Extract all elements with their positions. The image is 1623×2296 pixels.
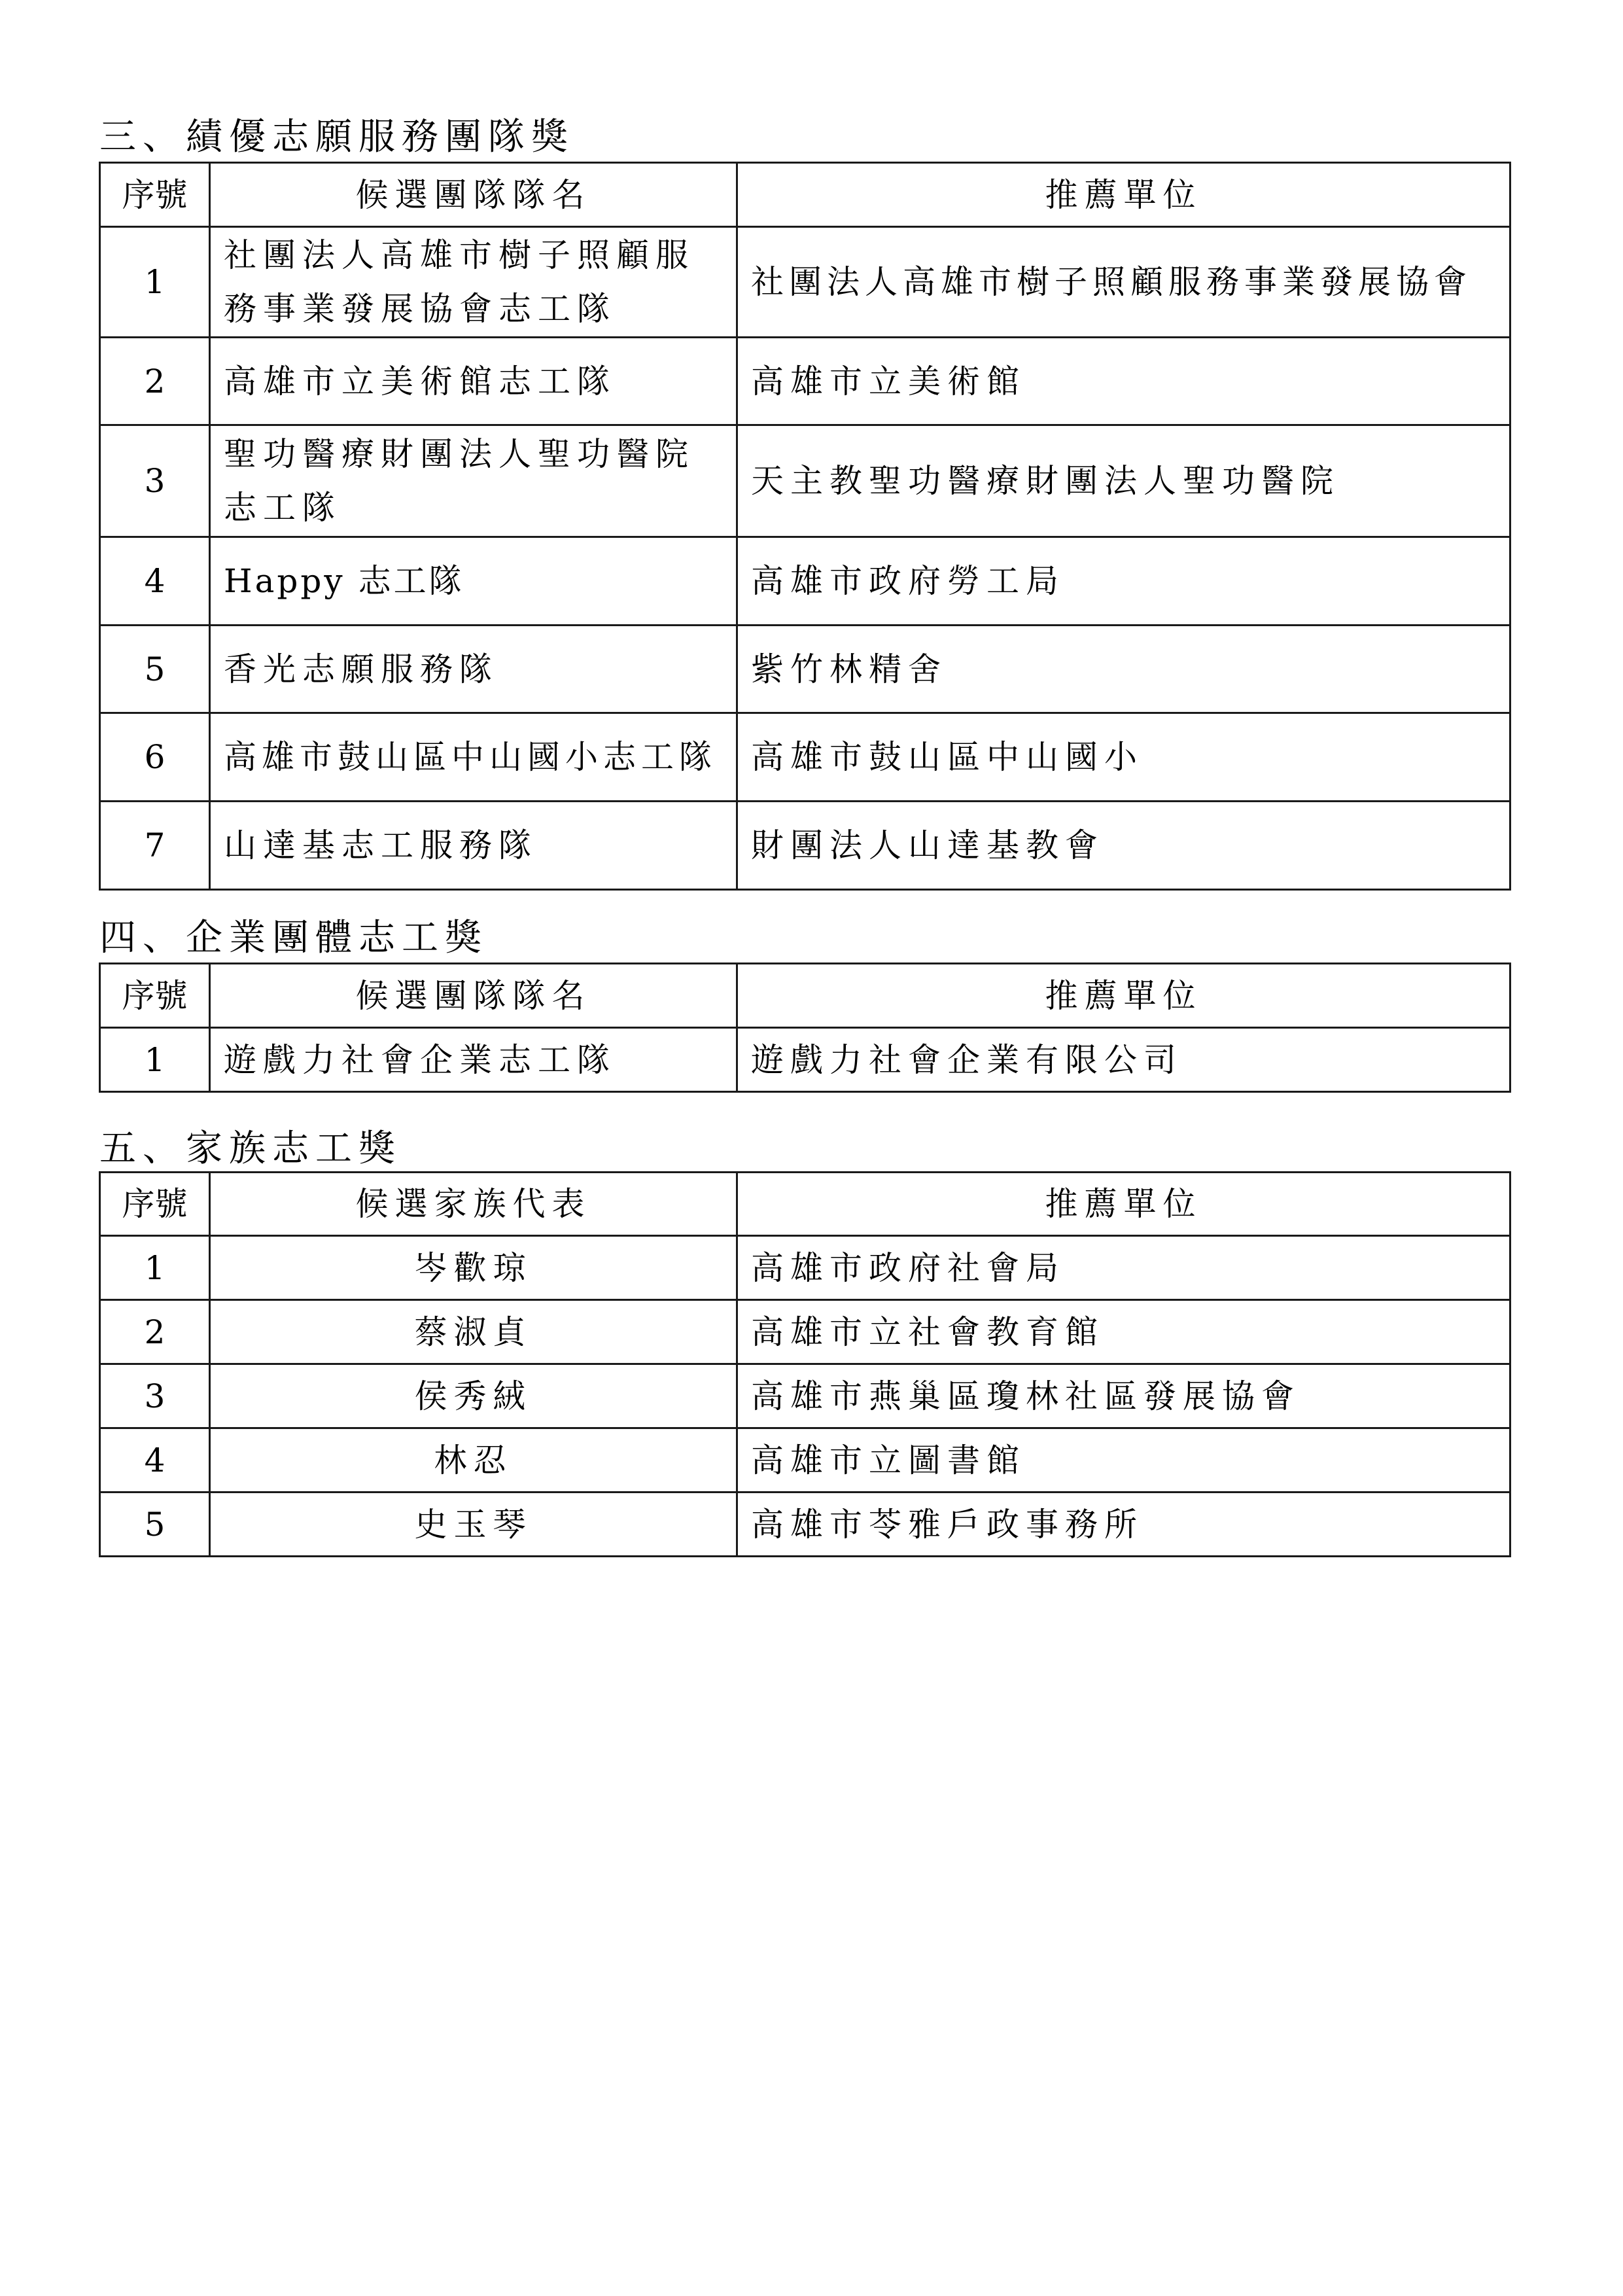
header-team-name: 候選團隊隊名 [210,964,737,1028]
family-representative: 林忍 [210,1428,737,1492]
outstanding-team-table: 序號 候選團隊隊名 推薦單位 1 社團法人高雄市樹子照顧服務事業發展協會志工隊 … [99,162,1511,891]
family-representative: 侯秀絨 [210,1364,737,1428]
row-number: 2 [100,338,210,425]
team-name: Happy 志工隊 [210,537,737,626]
header-number: 序號 [100,1173,210,1236]
header-number: 序號 [100,964,210,1028]
team-name: 社團法人高雄市樹子照顧服務事業發展協會志工隊 [210,227,737,338]
table-row: 3 聖功醫療財團法人聖功醫院志工隊 天主教聖功醫療財團法人聖功醫院 [100,425,1510,537]
table-header-row: 序號 候選團隊隊名 推薦單位 [100,163,1510,227]
recommending-unit: 遊戲力社會企業有限公司 [737,1028,1510,1092]
table-row: 5 史玉琴 高雄市苓雅戶政事務所 [100,1492,1510,1557]
table-row: 2 高雄市立美術館志工隊 高雄市立美術館 [100,338,1510,425]
table-row: 2 蔡淑貞 高雄市立社會教育館 [100,1300,1510,1364]
team-name: 山達基志工服務隊 [210,802,737,890]
section-title-family-volunteer: 五、家族志工獎 [99,1129,402,1169]
team-name: 高雄市鼓山區中山國小志工隊 [210,713,737,802]
row-number: 1 [100,227,210,338]
table-row: 1 遊戲力社會企業志工隊 遊戲力社會企業有限公司 [100,1028,1510,1092]
recommending-unit: 天主教聖功醫療財團法人聖功醫院 [737,425,1510,537]
table-row: 1 社團法人高雄市樹子照顧服務事業發展協會志工隊 社團法人高雄市樹子照顧服務事業… [100,227,1510,338]
recommending-unit: 高雄市立圖書館 [737,1428,1510,1492]
row-number: 3 [100,425,210,537]
header-recommending-unit: 推薦單位 [737,163,1510,227]
row-number: 5 [100,626,210,713]
table-header-row: 序號 候選家族代表 推薦單位 [100,1173,1510,1236]
family-volunteer-table: 序號 候選家族代表 推薦單位 1 岑歡琼 高雄市政府社會局 2 蔡淑貞 高雄市立… [99,1171,1511,1557]
team-name: 聖功醫療財團法人聖功醫院志工隊 [210,425,737,537]
table-header-row: 序號 候選團隊隊名 推薦單位 [100,964,1510,1028]
corporate-volunteer-table: 序號 候選團隊隊名 推薦單位 1 遊戲力社會企業志工隊 遊戲力社會企業有限公司 [99,963,1511,1093]
recommending-unit: 高雄市苓雅戶政事務所 [737,1492,1510,1557]
header-family-representative: 候選家族代表 [210,1173,737,1236]
header-team-name: 候選團隊隊名 [210,163,737,227]
row-number: 4 [100,1428,210,1492]
recommending-unit: 高雄市政府社會局 [737,1236,1510,1300]
recommending-unit: 高雄市鼓山區中山國小 [737,713,1510,802]
row-number: 5 [100,1492,210,1557]
recommending-unit: 財團法人山達基教會 [737,802,1510,890]
table-row: 6 高雄市鼓山區中山國小志工隊 高雄市鼓山區中山國小 [100,713,1510,802]
team-name: 遊戲力社會企業志工隊 [210,1028,737,1092]
family-representative: 岑歡琼 [210,1236,737,1300]
table-row: 5 香光志願服務隊 紫竹林精舍 [100,626,1510,713]
recommending-unit: 高雄市燕巢區瓊林社區發展協會 [737,1364,1510,1428]
recommending-unit: 高雄市立美術館 [737,338,1510,425]
team-name: 高雄市立美術館志工隊 [210,338,737,425]
table-row: 4 Happy 志工隊 高雄市政府勞工局 [100,537,1510,626]
row-number: 1 [100,1028,210,1092]
table-row: 7 山達基志工服務隊 財團法人山達基教會 [100,802,1510,890]
team-name: 香光志願服務隊 [210,626,737,713]
header-recommending-unit: 推薦單位 [737,964,1510,1028]
table-row: 4 林忍 高雄市立圖書館 [100,1428,1510,1492]
recommending-unit: 高雄市立社會教育館 [737,1300,1510,1364]
recommending-unit: 高雄市政府勞工局 [737,537,1510,626]
row-number: 4 [100,537,210,626]
header-number: 序號 [100,163,210,227]
header-recommending-unit: 推薦單位 [737,1173,1510,1236]
recommending-unit: 社團法人高雄市樹子照顧服務事業發展協會 [737,227,1510,338]
family-representative: 史玉琴 [210,1492,737,1557]
table-row: 1 岑歡琼 高雄市政府社會局 [100,1236,1510,1300]
family-representative: 蔡淑貞 [210,1300,737,1364]
row-number: 2 [100,1300,210,1364]
row-number: 6 [100,713,210,802]
row-number: 7 [100,802,210,890]
table-row: 3 侯秀絨 高雄市燕巢區瓊林社區發展協會 [100,1364,1510,1428]
recommending-unit: 紫竹林精舍 [737,626,1510,713]
section-title-corporate-volunteer: 四、企業團體志工獎 [99,919,488,958]
section-title-outstanding-team: 三、績優志願服務團隊獎 [99,118,574,157]
row-number: 1 [100,1236,210,1300]
row-number: 3 [100,1364,210,1428]
